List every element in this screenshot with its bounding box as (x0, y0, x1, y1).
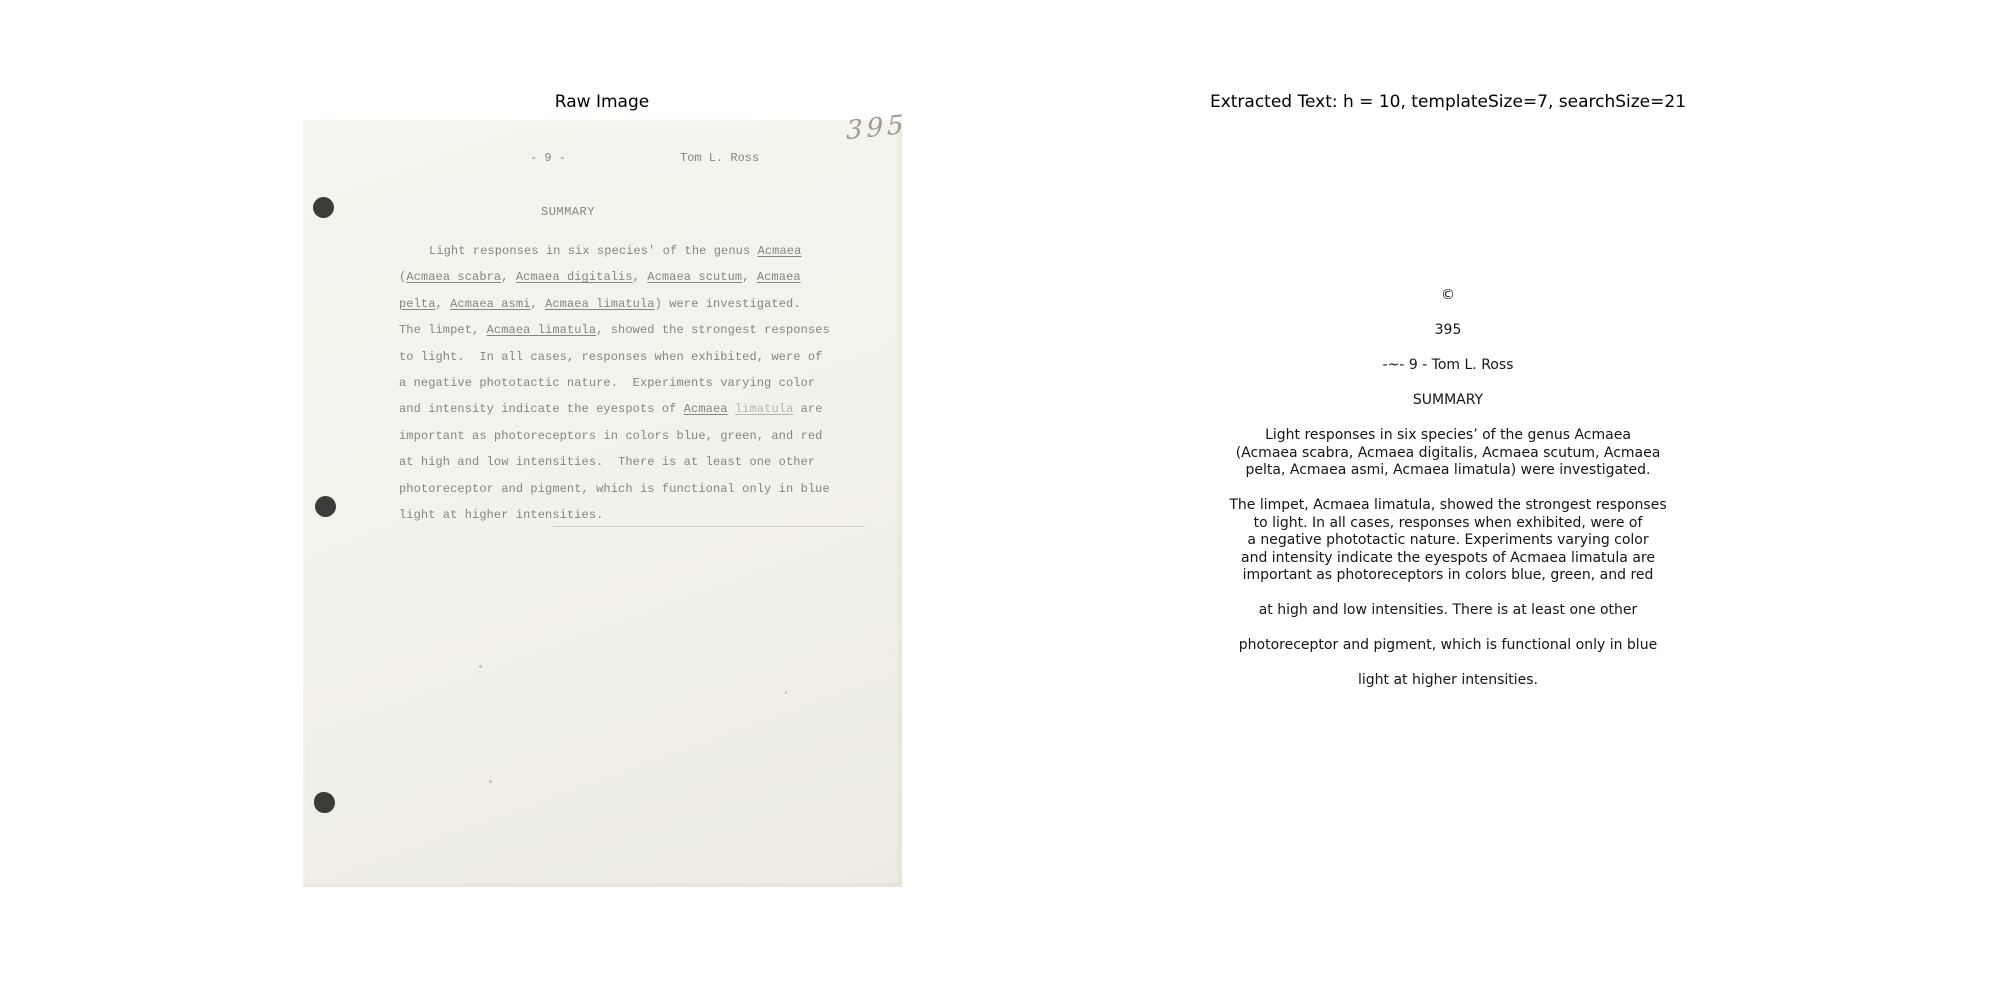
text-segment: ) were investigated. (655, 297, 801, 311)
extracted-text-line: -~- 9 - Tom L. Ross (1155, 357, 1741, 375)
text-segment: The limpet, (399, 323, 487, 337)
text-segment: , showed the strongest responses (596, 323, 830, 337)
handwritten-page-number: 395 (846, 110, 907, 147)
extracted-text-block: 395 (1155, 322, 1741, 340)
typewritten-line: pelta, Acmaea asmi, Acmaea limatula) wer… (399, 291, 830, 317)
species-name: Acmaea digitalis (516, 270, 633, 284)
species-name: Acmaea asmi (450, 297, 530, 311)
extracted-text-line: 395 (1155, 322, 1741, 340)
extracted-text-line: SUMMARY (1155, 392, 1741, 410)
extracted-text-line: important as photoreceptors in colors bl… (1155, 567, 1741, 585)
paper-speck (479, 665, 482, 668)
typewritten-line: and intensity indicate the eyespots of A… (399, 396, 830, 422)
typewritten-body: Light responses in six species' of the g… (399, 238, 830, 528)
typewritten-line: Light responses in six species' of the g… (399, 238, 830, 264)
hole-punch-middle (315, 496, 336, 517)
text-segment: a negative phototactic nature. Experimen… (399, 376, 815, 390)
species-name: limatula (735, 402, 793, 416)
text-segment: important as photoreceptors in colors bl… (399, 429, 822, 443)
paper-speck (785, 691, 787, 694)
page-number-header: - 9 - (530, 151, 566, 165)
extracted-text-line: Light responses in six species’ of the g… (1155, 427, 1741, 445)
hole-punch-bottom (314, 792, 335, 813)
text-segment: to light. In all cases, responses when e… (399, 350, 822, 364)
text-segment: Light responses in six species' of the g… (429, 244, 758, 258)
scanned-page: 395 - 9 - Tom L. Ross SUMMARY Light resp… (303, 120, 902, 887)
extracted-text-line: © (1155, 287, 1741, 305)
text-segment: at high and low intensities. There is at… (399, 455, 815, 469)
species-name: Acmaea scutum (647, 270, 742, 284)
left-panel-title: Raw Image (302, 92, 902, 112)
extracted-text-block: photoreceptor and pigment, which is func… (1155, 637, 1741, 655)
text-segment: are (793, 402, 822, 416)
extracted-text-block: SUMMARY (1155, 392, 1741, 410)
extracted-text: ©395-~- 9 - Tom L. RossSUMMARYLight resp… (1155, 287, 1741, 690)
typewritten-line: The limpet, Acmaea limatula, showed the … (399, 317, 830, 343)
right-panel-title: Extracted Text: h = 10, templateSize=7, … (1155, 92, 1741, 112)
extracted-text-line: The limpet, Acmaea limatula, showed the … (1155, 497, 1741, 515)
species-name: Acmaea limatula (487, 323, 597, 337)
extracted-text-block: -~- 9 - Tom L. Ross (1155, 357, 1741, 375)
extracted-text-block: at high and low intensities. There is at… (1155, 602, 1741, 620)
text-segment (728, 402, 735, 416)
extracted-text-block: © (1155, 287, 1741, 305)
text-segment: , (530, 297, 545, 311)
species-name: Acmaea limatula (545, 297, 655, 311)
text-segment: photoreceptor and pigment, which is func… (399, 482, 830, 496)
extracted-text-block: Light responses in six species’ of the g… (1155, 427, 1741, 480)
author-header: Tom L. Ross (680, 151, 759, 165)
hole-punch-top (313, 197, 334, 218)
typewritten-line: photoreceptor and pigment, which is func… (399, 476, 830, 502)
extracted-text-line: light at higher intensities. (1155, 672, 1741, 690)
typewritten-line: important as photoreceptors in colors bl… (399, 423, 830, 449)
text-segment: and intensity indicate the eyespots of (399, 402, 684, 416)
extracted-text-line: pelta, Acmaea asmi, Acmaea limatula) wer… (1155, 462, 1741, 480)
text-segment: , (436, 297, 451, 311)
typewritten-line: at high and low intensities. There is at… (399, 449, 830, 475)
faint-pencil-line (553, 526, 865, 527)
extracted-text-line: at high and low intensities. There is at… (1155, 602, 1741, 620)
extracted-text-block: The limpet, Acmaea limatula, showed the … (1155, 497, 1741, 585)
text-segment: , (742, 270, 757, 284)
species-name: Acmaea scabra (406, 270, 501, 284)
species-name: Acmaea (684, 402, 728, 416)
species-name: pelta (399, 297, 436, 311)
extracted-text-line: (Acmaea scabra, Acmaea digitalis, Acmaea… (1155, 445, 1741, 463)
extracted-text-line: a negative phototactic nature. Experimen… (1155, 532, 1741, 550)
species-name: Acmaea (757, 270, 801, 284)
typewritten-line: (Acmaea scabra, Acmaea digitalis, Acmaea… (399, 264, 830, 290)
text-segment: , (501, 270, 516, 284)
summary-heading: SUMMARY (541, 205, 595, 219)
typewritten-line: light at higher intensities. (399, 502, 830, 528)
typewritten-line: a negative phototactic nature. Experimen… (399, 370, 830, 396)
extracted-text-line: to light. In all cases, responses when e… (1155, 515, 1741, 533)
text-segment: light at higher intensities. (399, 508, 603, 522)
extracted-text-line: photoreceptor and pigment, which is func… (1155, 637, 1741, 655)
text-segment: , (633, 270, 648, 284)
extracted-text-block: light at higher intensities. (1155, 672, 1741, 690)
species-name: Acmaea (758, 244, 802, 258)
extracted-text-line: and intensity indicate the eyespots of A… (1155, 550, 1741, 568)
typewritten-line: to light. In all cases, responses when e… (399, 344, 830, 370)
paper-speck (489, 780, 492, 783)
